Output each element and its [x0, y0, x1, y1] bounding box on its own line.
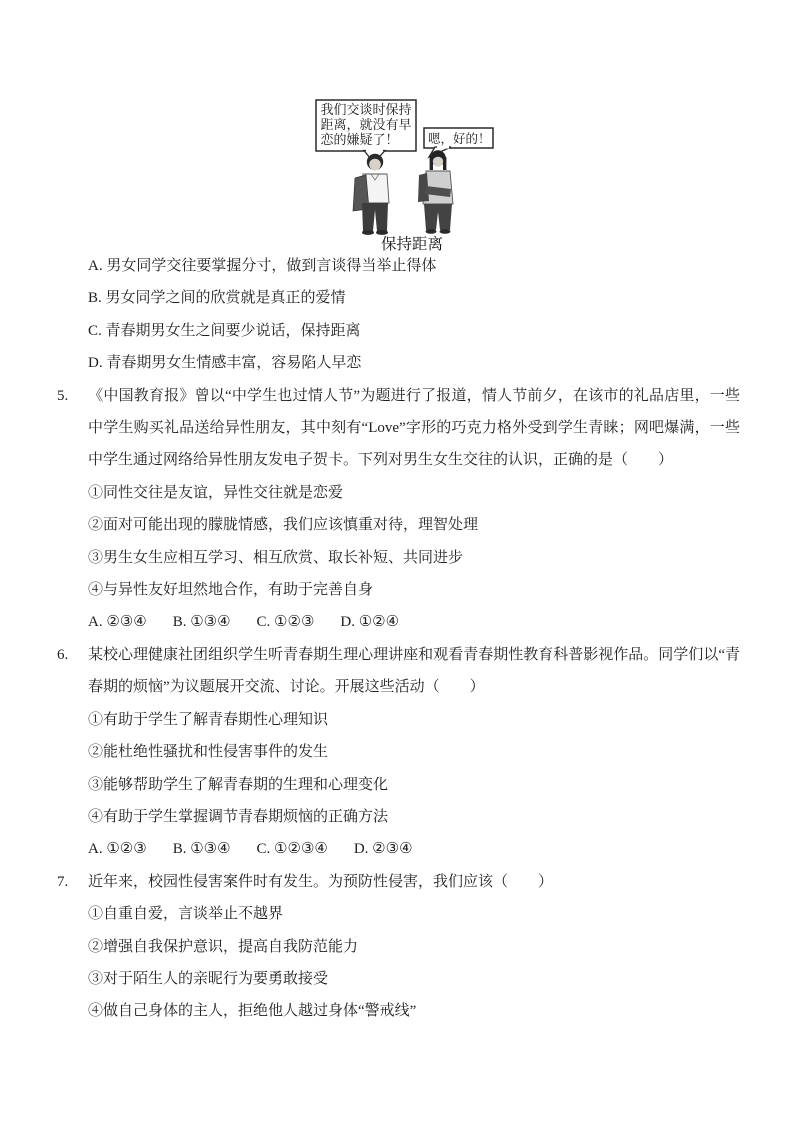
boy-shoe: [362, 230, 374, 235]
q6-number: 6.: [57, 639, 88, 671]
q4-option-b: B. 男女同学之间的欣赏就是真正的爱情: [57, 282, 740, 314]
q6-choice-a: A. ①②③: [88, 833, 147, 865]
boy-pants: [362, 203, 388, 231]
q7-stem-text: 近年来，校园性侵害案件时有发生。为预防性侵害，我们应该（ ）: [88, 874, 553, 890]
q6-stem-text: 某校心理健康社团组织学生听青春期生理心理讲座和观看青春期性教育科普影视作品。同学…: [88, 647, 740, 695]
q7-number: 7.: [57, 866, 88, 898]
girl-hair-side: [443, 157, 446, 170]
question-7: 7.近年来，校园性侵害案件时有发生。为预防性侵害，我们应该（ ） ①自重自爱，言…: [57, 866, 740, 1028]
q6-item-2: ②能杜绝性骚扰和性侵害事件的发生: [57, 736, 740, 768]
left-bubble-text-line2: 距离，就没有早: [321, 117, 412, 133]
girl-hair-side: [430, 157, 433, 170]
q6-choice-b: B. ①③④: [173, 833, 231, 865]
bubble-tail-joint: [366, 149, 383, 152]
q6-choice-d: D. ②③④: [354, 833, 413, 865]
questions-text-block: A. 男女同学交往要掌握分寸，做到言谈得当举止得体 B. 男女同学之间的欣赏就是…: [57, 250, 740, 1028]
q6-item-3: ③能够帮助学生了解青春期的生理和心理变化: [57, 769, 740, 801]
cartoon-svg: 我们交谈时保持 距离，就没有早 恋的嫌疑了！ 嗯，好的！: [308, 92, 520, 258]
q5-item-2: ②面对可能出现的朦胧情感，我们应该慎重对待，理智处理: [57, 509, 740, 541]
right-bubble-text: 嗯，好的！: [428, 131, 491, 146]
question-6: 6.某校心理健康社团组织学生听青春期生理心理讲座和观看青春期性教育科普影视作品。…: [57, 639, 740, 866]
q4-option-d: D. 青春期男女生情感丰富，容易陷人早恋: [57, 347, 740, 379]
girl-student-figure: [418, 150, 453, 234]
q6-choice-c: C. ①②③④: [257, 833, 328, 865]
q6-item-4: ④有助于学生掌握调节青春期烦恼的正确方法: [57, 801, 740, 833]
exam-document-page: 我们交谈时保持 距离，就没有早 恋的嫌疑了！ 嗯，好的！: [0, 0, 793, 1122]
q7-item-3: ③对于陌生人的亲昵行为要勇敢接受: [57, 963, 740, 995]
q6-item-1: ①有助于学生了解青春期性心理知识: [57, 704, 740, 736]
q5-choice-c: C. ①②③: [257, 606, 315, 638]
q5-answer-choices: A. ②③④B. ①③④C. ①②③D. ①②④: [57, 606, 740, 638]
girl-pants: [424, 204, 452, 230]
q5-choice-b: B. ①③④: [173, 606, 231, 638]
question-5: 5.《中国教育报》曾以“中学生也过情人节”为题进行了报道，情人节前夕，在该市的礼…: [57, 380, 740, 639]
left-bubble-text-line1: 我们交谈时保持: [321, 102, 412, 117]
boy-face: [369, 159, 381, 171]
q7-item-4: ④做自己身体的主人，拒绝他人越过身体“警戒线”: [57, 995, 740, 1027]
question-4-options: A. 男女同学交往要掌握分寸，做到言谈得当举止得体 B. 男女同学之间的欣赏就是…: [57, 250, 740, 380]
left-speech-bubble: 我们交谈时保持 距离，就没有早 恋的嫌疑了！: [316, 100, 416, 163]
q7-item-2: ②增强自我保护意识，提高自我防范能力: [57, 931, 740, 963]
q6-stem-line: 6.某校心理健康社团组织学生听青春期生理心理讲座和观看青春期性教育科普影视作品。…: [57, 639, 740, 704]
q4-option-a: A. 男女同学交往要掌握分寸，做到言谈得当举止得体: [57, 250, 740, 282]
boy-shoe: [376, 230, 388, 235]
q5-item-4: ④与异性友好坦然地合作，有助于完善自身: [57, 574, 740, 606]
q5-number: 5.: [57, 380, 88, 412]
cartoon-illustration: 我们交谈时保持 距离，就没有早 恋的嫌疑了！ 嗯，好的！: [308, 92, 520, 258]
q6-answer-choices: A. ①②③B. ①③④C. ①②③④D. ②③④: [57, 833, 740, 865]
q5-stem-line: 5.《中国教育报》曾以“中学生也过情人节”为题进行了报道，情人节前夕，在该市的礼…: [57, 380, 740, 477]
q5-item-1: ①同性交往是友谊，异性交往就是恋爱: [57, 477, 740, 509]
q7-item-1: ①自重自爱，言谈举止不越界: [57, 898, 740, 930]
q5-stem-text: 《中国教育报》曾以“中学生也过情人节”为题进行了报道，情人节前夕，在该市的礼品店…: [88, 388, 740, 469]
boy-student-figure: [353, 154, 389, 235]
q5-choice-d: D. ①②④: [340, 606, 399, 638]
q5-choice-a: A. ②③④: [88, 606, 147, 638]
q5-item-3: ③男生女生应相互学习、相互欣赏、取长补短、共同进步: [57, 542, 740, 574]
girl-shoe: [426, 229, 437, 234]
q4-option-c: C. 青春期男女生之间要少说话，保持距离: [57, 315, 740, 347]
left-bubble-text-line3: 恋的嫌疑了！: [321, 132, 399, 147]
girl-shoe: [440, 229, 451, 234]
bubble-tail-joint: [437, 146, 449, 149]
q7-stem-line: 7.近年来，校园性侵害案件时有发生。为预防性侵害，我们应该（ ）: [57, 866, 740, 898]
